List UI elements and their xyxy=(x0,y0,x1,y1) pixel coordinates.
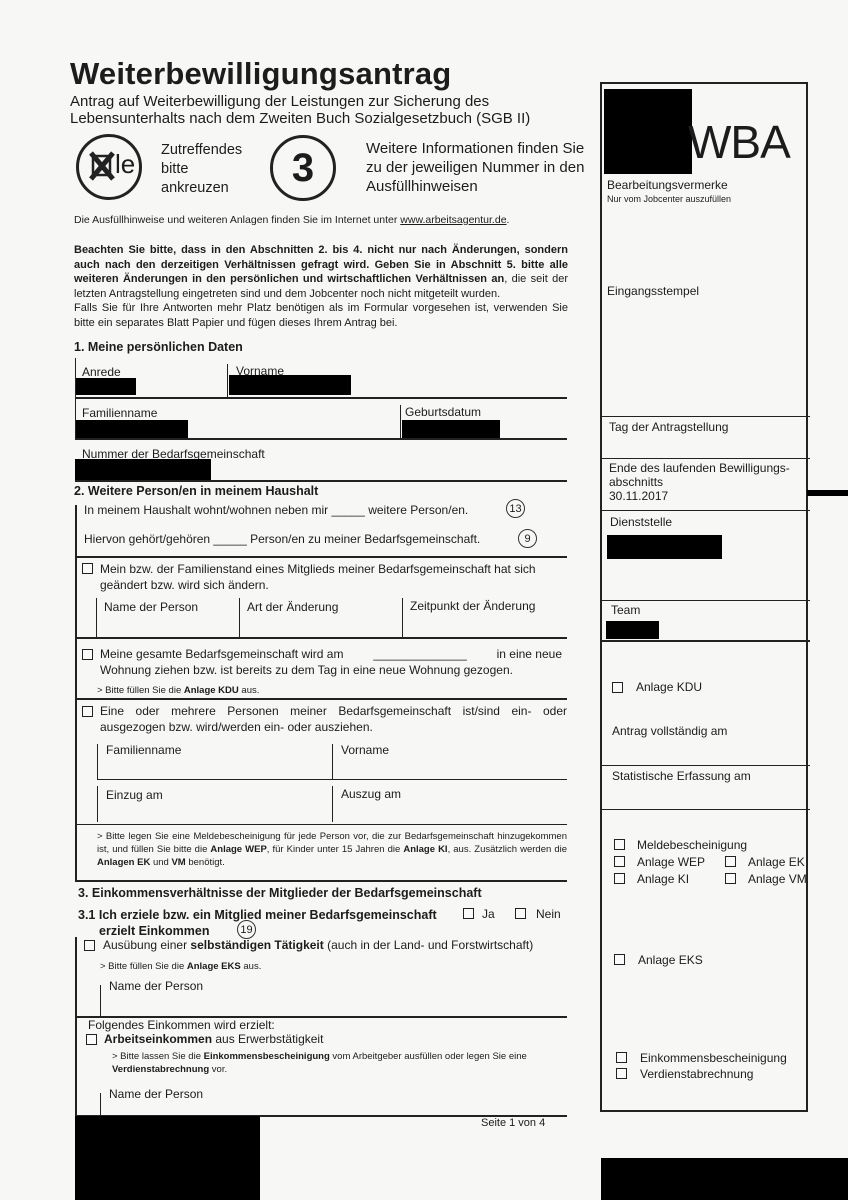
ref-9-icon: 9 xyxy=(518,529,537,548)
edge-mark xyxy=(807,490,848,496)
meldebescheinigung-checkbox[interactable] xyxy=(614,839,625,850)
hint-bold: Anlage EKS xyxy=(187,961,241,972)
ende-line-2: abschnitts xyxy=(609,475,790,489)
verdienstabrechnung-label: Verdienstabrechnung xyxy=(640,1067,753,1081)
info-legend-line: Weitere Informationen finden Sie xyxy=(366,139,584,158)
ref-13-icon: 13 xyxy=(506,499,525,518)
divider xyxy=(97,779,567,780)
divider xyxy=(75,637,567,639)
vorname-field-redacted[interactable] xyxy=(229,375,351,395)
arbeit-bold: Arbeitseinkommen xyxy=(104,1032,212,1046)
dienststelle-label: Dienststelle xyxy=(610,515,672,529)
divider xyxy=(600,600,810,601)
col-einzug: Einzug am xyxy=(106,788,163,802)
hint-text: > Bitte füllen Sie die xyxy=(100,961,187,972)
q31-line-1: 3.1 Ich erziele bzw. ein Mitglied meiner… xyxy=(78,907,437,923)
col-familienname: Familienname xyxy=(106,743,181,757)
field-border xyxy=(97,786,98,822)
hint-text: , für Kinder unter 15 Jahren die xyxy=(267,844,404,855)
household-count-input[interactable]: _____ xyxy=(331,503,364,517)
einauszug-checkbox[interactable] xyxy=(82,706,93,717)
notice-bold: Beachten Sie bitte, dass in den Abschnit… xyxy=(74,244,568,285)
field-border xyxy=(96,598,97,638)
section-3-heading: 3. Einkommensverhältnisse der Mitglieder… xyxy=(78,886,482,900)
anlage-eks-label: Anlage EKS xyxy=(638,953,703,967)
geburtsdatum-label: Geburtsdatum xyxy=(405,405,481,419)
legend-number: 3 xyxy=(292,146,314,191)
hint-text: vom Arbeitgeber ausfüllen oder legen Sie… xyxy=(330,1051,527,1062)
kdu-hint: > Bitte füllen Sie die Anlage KDU aus. xyxy=(97,684,259,697)
divider xyxy=(600,809,810,810)
tag-antragstellung-label: Tag der Antragstellung xyxy=(609,420,728,434)
col-vorname: Vorname xyxy=(341,743,389,757)
hint-text: aus. xyxy=(239,685,260,696)
umzug-text-b: in eine neue xyxy=(497,646,562,662)
info-legend-line: Ausfüllhinweisen xyxy=(366,177,584,196)
col-name-der-person: Name der Person xyxy=(104,600,198,614)
anlage-vm-label: Anlage VM xyxy=(748,872,807,886)
q31-line-2: erzielt Einkommen xyxy=(78,923,437,939)
col-art-der-aenderung: Art der Änderung xyxy=(247,600,338,614)
familienstand-checkbox[interactable] xyxy=(82,563,93,574)
geburtsdatum-field-redacted[interactable] xyxy=(402,420,500,438)
ja-checkbox[interactable] xyxy=(463,908,474,919)
household-prefix: In meinem Haushalt wohnt/wohnen neben mi… xyxy=(84,503,331,517)
verdienstabrechnung-checkbox[interactable] xyxy=(616,1068,627,1079)
hint-text: > Bitte lassen Sie die xyxy=(112,1051,204,1062)
meldebescheinigung-label: Meldebescheinigung xyxy=(637,838,747,852)
internet-note-suffix: . xyxy=(507,214,510,226)
einkommensbescheinigung-label: Einkommensbescheinigung xyxy=(640,1051,787,1065)
team-label: Team xyxy=(611,603,640,617)
antrag-vollstaendig-label: Antrag vollständig am xyxy=(612,724,727,738)
subtitle-line-2: Lebensunterhalts nach dem Zweiten Buch S… xyxy=(70,110,530,127)
selbstaendig-text: Ausübung einer selbständigen Tätigkeit (… xyxy=(103,938,533,952)
umzug-text-a: Meine gesamte Bedarfsgemeinschaft wird a… xyxy=(100,646,343,662)
field-border xyxy=(100,1093,101,1117)
nein-checkbox[interactable] xyxy=(515,908,526,919)
household-count-line: In meinem Haushalt wohnt/wohnen neben mi… xyxy=(84,503,468,517)
selbst-bold: selbständigen Tätigkeit xyxy=(190,938,323,952)
umzug-date-input[interactable]: ______________ xyxy=(373,646,466,662)
divider xyxy=(75,397,567,399)
divider xyxy=(600,765,810,766)
statistische-erfassung-label: Statistische Erfassung am xyxy=(612,769,751,783)
anlage-wep-label: Anlage WEP xyxy=(637,855,705,869)
hint-text: , aus. Zusätzlich werden die xyxy=(448,844,567,855)
section-1-heading: 1. Meine persönlichen Daten xyxy=(74,340,243,354)
divider xyxy=(600,640,810,642)
check-legend-glyph: le xyxy=(115,149,135,180)
hint-text: und xyxy=(150,857,171,868)
einkommen-hint: > Bitte lassen Sie die Einkommensbeschei… xyxy=(112,1050,572,1076)
bearbeitungsvermerke-label: Bearbeitungsvermerke xyxy=(607,178,728,192)
anlage-ki-checkbox[interactable] xyxy=(614,873,625,884)
form-subtitle: Antrag auf Weiterbewilligung der Leistun… xyxy=(70,93,530,127)
ende-value: 30.11.2017 xyxy=(609,489,790,503)
familienname-label: Familienname xyxy=(82,406,157,420)
dienststelle-redacted xyxy=(607,535,722,559)
divider xyxy=(600,510,810,511)
internet-note-text: Die Ausfüllhinweise und weiteren Anlagen… xyxy=(74,214,400,226)
divider xyxy=(600,416,810,417)
bg-count-input[interactable]: _____ xyxy=(213,532,246,546)
hint-bold: Verdienstabrechnung xyxy=(112,1064,209,1075)
check-legend-icon: le xyxy=(76,134,142,200)
anlage-kdu-label: Anlage KDU xyxy=(636,680,702,694)
arbeitseinkommen-checkbox[interactable] xyxy=(86,1034,97,1045)
ende-line-1: Ende des laufenden Bewilligungs- xyxy=(609,461,790,475)
household-suffix: weitere Person/en. xyxy=(365,503,468,517)
anlage-ek-label: Anlage EK xyxy=(748,855,805,869)
section-3-border xyxy=(75,937,77,1117)
anlage-ki-label: Anlage KI xyxy=(637,872,689,886)
footer-redacted xyxy=(601,1158,848,1200)
hint-bold: Anlage KI xyxy=(403,844,447,855)
ja-label: Ja xyxy=(482,907,495,921)
umzug-checkbox[interactable] xyxy=(82,649,93,660)
internet-note: Die Ausfüllhinweise und weiteren Anlagen… xyxy=(74,214,509,226)
anlage-vm-checkbox[interactable] xyxy=(725,873,736,884)
barcode-redacted xyxy=(75,1116,260,1200)
field-border xyxy=(239,598,240,638)
field-border xyxy=(402,598,403,638)
arbeit-suffix: aus Erwerbstätigkeit xyxy=(212,1032,323,1046)
hint-text: aus. xyxy=(241,961,262,972)
notice-text: Beachten Sie bitte, dass in den Abschnit… xyxy=(74,243,568,330)
anlage-kdu-checkbox[interactable] xyxy=(612,682,623,693)
info-legend-line: zu der jeweiligen Nummer in den xyxy=(366,158,584,177)
selbstaendig-checkbox[interactable] xyxy=(84,940,95,951)
arbeitseinkommen-text: Arbeitseinkommen aus Erwerbstätigkeit xyxy=(104,1032,323,1046)
divider xyxy=(75,556,567,558)
number-legend-text: Weitere Informationen finden Sie zu der … xyxy=(366,139,584,196)
divider xyxy=(600,458,810,459)
field-border xyxy=(100,985,101,1017)
umzug-text: Meine gesamte Bedarfsgemeinschaft wird a… xyxy=(100,646,562,678)
divider xyxy=(75,698,567,700)
office-code-redacted xyxy=(604,89,692,174)
hint-bold: VM xyxy=(171,857,185,868)
col-zeitpunkt: Zeitpunkt der Änderung xyxy=(410,599,535,613)
ref-19-icon: 19 xyxy=(237,920,256,939)
field-border xyxy=(332,786,333,822)
notice-extra: Falls Sie für Ihre Antworten mehr Platz … xyxy=(74,302,568,329)
hint-bold: Anlage WEP xyxy=(210,844,266,855)
anrede-field-redacted[interactable] xyxy=(76,378,136,395)
q31-text: 3.1 Ich erziele bzw. ein Mitglied meiner… xyxy=(78,907,437,939)
familienstand-text: Mein bzw. der Familienstand eines Mitgli… xyxy=(100,561,570,593)
bg-prefix: Hiervon gehört/gehören xyxy=(84,532,213,546)
nein-label: Nein xyxy=(536,907,561,921)
page-number: Seite 1 von 4 xyxy=(481,1117,545,1129)
anlage-eks-checkbox[interactable] xyxy=(614,954,625,965)
team-redacted xyxy=(606,621,659,639)
field-border xyxy=(400,405,401,438)
hint-text: > Bitte füllen Sie die xyxy=(97,685,184,696)
umzug-text-c: Wohnung ziehen bzw. ist bereits zu dem T… xyxy=(100,662,562,678)
eks-hint: > Bitte füllen Sie die Anlage EKS aus. xyxy=(100,960,261,973)
divider xyxy=(75,480,567,482)
check-legend-text: Zutreffendes bitte ankreuzen xyxy=(161,141,242,198)
selbst-suffix: (auch in der Land- und Forstwirtschaft) xyxy=(324,938,533,952)
office-use-box xyxy=(600,82,808,1112)
check-legend-line: Zutreffendes xyxy=(161,141,242,160)
bg-nummer-field-redacted[interactable] xyxy=(75,459,211,481)
name-der-person-label-2: Name der Person xyxy=(109,1087,203,1101)
divider xyxy=(75,438,567,440)
check-legend-line: ankreuzen xyxy=(161,179,242,198)
number-legend-icon: 3 xyxy=(270,135,336,201)
wba-code: WBA xyxy=(688,115,790,169)
hint-bold: Anlagen EK xyxy=(97,857,150,868)
hint-bold: Anlage KDU xyxy=(184,685,239,696)
nur-jobcenter-label: Nur vom Jobcenter auszufüllen xyxy=(607,194,731,204)
eingangsstempel-label: Eingangsstempel xyxy=(607,284,699,298)
section-2-heading: 2. Weitere Person/en in meinem Haushalt xyxy=(74,484,318,498)
arbeitsagentur-link[interactable]: www.arbeitsagentur.de xyxy=(400,214,506,226)
bg-count-line: Hiervon gehört/gehören _____ Person/en z… xyxy=(84,532,480,546)
field-border xyxy=(227,364,228,398)
divider xyxy=(75,880,567,882)
meldebescheinigung-hint: > Bitte legen Sie eine Meldebescheinigun… xyxy=(97,830,567,869)
divider xyxy=(75,824,567,825)
familienname-field-redacted[interactable] xyxy=(76,420,188,438)
bg-suffix: Person/en zu meiner Bedarfsgemeinschaft. xyxy=(247,532,480,546)
form-title: Weiterbewilligungsantrag xyxy=(70,56,451,92)
anlage-ek-checkbox[interactable] xyxy=(725,856,736,867)
check-legend-line: bitte xyxy=(161,160,242,179)
field-border xyxy=(97,744,98,780)
einkommensbescheinigung-checkbox[interactable] xyxy=(616,1052,627,1063)
subtitle-line-1: Antrag auf Weiterbewilligung der Leistun… xyxy=(70,93,530,110)
name-der-person-label-1: Name der Person xyxy=(109,979,203,993)
hint-bold: Einkommensbescheinigung xyxy=(204,1051,330,1062)
field-border xyxy=(332,744,333,780)
einauszug-text: Eine oder mehrere Personen meiner Bedarf… xyxy=(100,703,567,735)
folgendes-einkommen: Folgendes Einkommen wird erzielt: xyxy=(88,1018,275,1032)
ende-bewilligung-label: Ende des laufenden Bewilligungs- abschni… xyxy=(609,461,790,503)
hint-text: vor. xyxy=(209,1064,227,1075)
anlage-wep-checkbox[interactable] xyxy=(614,856,625,867)
selbst-prefix: Ausübung einer xyxy=(103,938,190,952)
col-auszug: Auszug am xyxy=(341,787,401,801)
anrede-label: Anrede xyxy=(82,365,121,379)
hint-text: benötigt. xyxy=(186,857,225,868)
